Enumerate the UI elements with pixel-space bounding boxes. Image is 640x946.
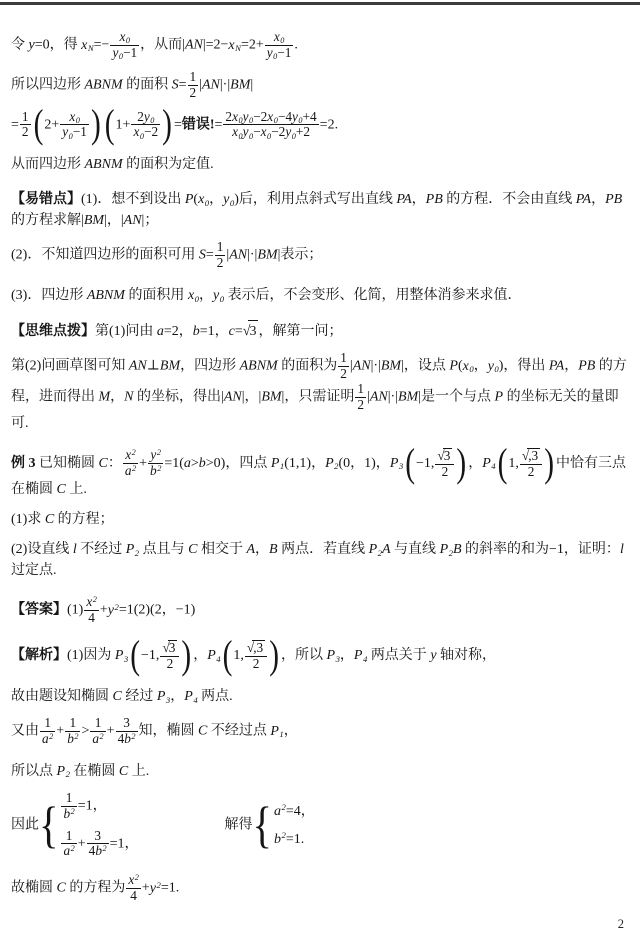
math-var: BM	[160, 359, 180, 374]
math-text: (1)	[67, 603, 83, 618]
math-text: =	[235, 324, 243, 339]
math-text: 2	[190, 85, 197, 100]
math-text: =	[174, 117, 182, 132]
superscript: 2	[100, 732, 104, 741]
math-var: P3	[115, 648, 128, 663]
superscript: 2	[282, 802, 286, 812]
math-var: P3	[157, 689, 170, 704]
math-text: 的面积为	[278, 359, 338, 374]
math-text: ，	[255, 542, 269, 557]
math-var: xN	[228, 38, 241, 53]
math-text: ，所以	[281, 648, 327, 663]
superscript: 2	[93, 595, 97, 604]
subscript: 0	[220, 294, 224, 304]
spacer	[139, 827, 225, 828]
math-text: 经过	[122, 689, 157, 704]
equation-system: {a2=4，b2=1.	[253, 801, 315, 850]
math-text: 的方程为	[66, 881, 126, 896]
math-text: (0，1)，	[338, 456, 389, 471]
math-var: y2	[108, 603, 119, 618]
math-text: −1,	[416, 456, 434, 471]
fraction: x0y0−1	[110, 30, 139, 61]
math-text: +4	[303, 109, 317, 124]
math-var: BM	[257, 248, 277, 263]
math-var: C	[45, 512, 54, 527]
top-rule	[0, 2, 640, 5]
math-text: (2)设直线	[11, 542, 73, 557]
math-text: =4，	[286, 804, 315, 819]
superscript: 2	[132, 464, 136, 473]
math-text: 第(1)问由	[95, 324, 157, 339]
math-text: 2	[22, 124, 29, 139]
math-text: (	[458, 359, 463, 374]
math-var: AN	[224, 390, 242, 405]
math-text: 2	[340, 366, 347, 381]
math-text: ，四边形	[180, 359, 240, 374]
fraction: 12	[215, 240, 226, 271]
math-text: 的面积为定值.	[123, 157, 214, 172]
subscript: 2	[378, 548, 382, 558]
math-var: y0	[223, 192, 234, 207]
math-var: x0	[198, 192, 209, 207]
denominator: 4b2	[87, 843, 109, 859]
fraction: 12	[188, 70, 199, 101]
math-var: x0	[133, 124, 144, 139]
math-var: PB	[426, 192, 443, 207]
math-var: x0	[232, 109, 243, 124]
subscript: 3	[399, 461, 403, 471]
math-text: =	[179, 77, 187, 92]
subscript: 2	[66, 769, 70, 779]
math-var: BM	[230, 77, 250, 92]
math-var: B	[453, 542, 462, 557]
math-var: BM	[381, 359, 401, 374]
denominator: 2	[188, 85, 199, 101]
math-var: a2	[125, 463, 136, 478]
math-text: 解得	[225, 817, 253, 832]
math-var: P4	[207, 648, 220, 663]
math-text: 不经过	[77, 542, 126, 557]
doc-line: (2)设直线 l 不经过 P2 点且与 C 相交于 A，B 两点．若直线 P2A…	[11, 539, 630, 581]
math-var: P3	[327, 648, 340, 663]
math-text: ，	[110, 390, 124, 405]
fraction: 2y0x0−2	[131, 110, 160, 141]
numerator: 1	[188, 70, 199, 85]
fraction: 34b2	[87, 829, 109, 860]
numerator: x0	[265, 30, 294, 45]
numerator: 1	[215, 240, 226, 255]
math-var: P1	[270, 724, 283, 739]
math-text: =1，	[110, 836, 139, 851]
superscript: 2	[71, 844, 75, 853]
denominator: a2	[90, 731, 105, 747]
subscript: 0	[119, 52, 123, 61]
math-var: x2	[128, 872, 139, 887]
system-row: 1a2+34b2=1，	[60, 829, 138, 860]
math-var: AN	[370, 390, 388, 405]
fraction: 12	[338, 351, 349, 382]
paren-content: 2+x0y0−1	[44, 110, 90, 141]
math-text: |·|	[220, 77, 230, 92]
math-text: ⊥	[147, 359, 160, 374]
math-text: (1)求	[11, 512, 45, 527]
math-var: a2	[63, 843, 74, 858]
math-text: =1，	[200, 324, 229, 339]
subscript: 4	[193, 695, 197, 705]
superscript: 2	[131, 732, 135, 741]
fraction: x2a2	[123, 448, 138, 479]
fraction: x24	[84, 595, 99, 626]
math-var: S	[199, 248, 206, 263]
superscript: 2	[157, 880, 161, 890]
math-text: 1	[95, 715, 102, 730]
radical: √3	[243, 320, 259, 342]
math-var: P3	[390, 456, 403, 471]
math-var: x2	[125, 447, 136, 462]
math-text: 过定点.	[11, 563, 57, 578]
subscript: 3	[166, 695, 170, 705]
superscript: 2	[74, 732, 78, 741]
math-text: =1(2)(2，−1)	[119, 603, 195, 618]
numerator: 1	[355, 382, 366, 397]
math-text: (2)．不知道四边形的面积可用	[11, 248, 199, 263]
math-text: −4	[278, 109, 292, 124]
math-var: BM	[398, 390, 418, 405]
doc-line: 【答案】(1)x24+y2=1(2)(2，−1)	[11, 595, 630, 626]
math-text: 从而四边形	[11, 157, 85, 172]
math-text: 的坐标，得出|	[134, 390, 224, 405]
math-var: y0	[243, 124, 254, 139]
math-var: y0	[285, 124, 296, 139]
page-content: 令 y=0，得 xN=−x0y0−1，从而|AN|=2−xN=2+x0y0−1.…	[0, 30, 640, 904]
fraction: 1a2	[40, 716, 55, 747]
math-text: ，从而|	[140, 38, 185, 53]
fraction: √32	[160, 640, 179, 672]
math-text: 的面积	[123, 77, 172, 92]
math-var: b	[193, 324, 200, 339]
numerator: 3	[116, 716, 138, 731]
doc-line: 【易错点】(1)．想不到设出 P(x0，y0)后，利用点斜式写出直线 PA，PB…	[11, 189, 630, 231]
bold-text: 例 3	[11, 456, 39, 471]
math-var: a2	[42, 731, 53, 746]
subscript: 0	[69, 132, 73, 141]
math-text: 4	[88, 610, 95, 625]
numerator: 1	[65, 716, 80, 731]
subscript: 0	[274, 116, 278, 125]
math-var: C	[113, 689, 122, 704]
math-text: 2+	[44, 117, 59, 132]
math-var: x0	[463, 359, 474, 374]
math-text: 表示后，不会变形、化简，用整体消参来求值．	[224, 288, 522, 303]
subscript: 2	[449, 548, 453, 558]
numerator: 1	[61, 791, 76, 806]
math-text: ，	[199, 288, 213, 303]
fraction: 2x0y0−2x0−4y0+4x0y0−x0−2y0+2	[223, 110, 318, 141]
denominator: 4	[126, 888, 141, 904]
math-text: =0，得	[35, 38, 81, 53]
fraction: 1b2	[61, 791, 76, 822]
system-rows: 1b2=1，1a2+34b2=1，	[60, 791, 138, 860]
system-rows: a2=4，b2=1.	[274, 801, 315, 850]
math-text: ，	[170, 689, 184, 704]
math-text: |=2−	[203, 38, 229, 53]
math-text: 2	[137, 109, 144, 124]
math-var: P4	[482, 456, 495, 471]
math-text: ，	[209, 192, 223, 207]
denominator: a2	[123, 463, 138, 479]
math-var: N	[124, 390, 133, 405]
math-text: 1	[190, 69, 197, 84]
math-text: 两点．若直线	[278, 542, 369, 557]
paren-group: (−1,√32)	[404, 448, 467, 480]
math-var: y0	[112, 45, 123, 60]
numerator: √3	[435, 448, 454, 464]
subscript: 0	[230, 198, 234, 208]
denominator: 2	[338, 366, 349, 382]
bold-text: 错误!	[182, 117, 215, 132]
fraction: √32	[435, 448, 454, 480]
math-var: y0	[144, 109, 155, 124]
paren-content: −1,√32	[141, 640, 180, 672]
math-text: )，得出	[499, 359, 549, 374]
subscript: 4	[491, 461, 495, 471]
doc-line: 所以四边形 ABNM 的面积 S=12|AN|·|BM|	[11, 70, 630, 101]
denominator: 4b2	[116, 731, 138, 747]
math-text: |是一个与点	[418, 390, 494, 405]
math-var: AN	[229, 248, 247, 263]
subscript: 0	[280, 36, 284, 45]
math-text: (3)．四边形	[11, 288, 87, 303]
math-text: 因此	[11, 817, 39, 832]
superscript: 2	[132, 448, 136, 457]
superscript: 2	[157, 464, 161, 473]
fraction: 12	[355, 382, 366, 413]
math-text: =1.	[161, 881, 179, 896]
math-text: =−	[94, 38, 110, 53]
math-var: x2	[86, 594, 97, 609]
math-text: =1，	[78, 798, 107, 813]
numerator: x0	[110, 30, 139, 45]
math-text: (1,1)，	[284, 456, 325, 471]
fraction: 1a2	[90, 716, 105, 747]
bold-text: 【答案】	[11, 603, 67, 618]
paren-content: 1+2y0x0−2	[116, 110, 162, 141]
equation-system: {1b2=1，1a2+34b2=1，	[39, 791, 139, 860]
denominator: 2	[245, 656, 267, 672]
math-var: b2	[274, 832, 286, 847]
math-var: C	[198, 724, 207, 739]
math-text: 令	[11, 38, 29, 53]
math-var: S	[172, 77, 179, 92]
denominator: b2	[148, 463, 163, 479]
math-text: −2	[271, 124, 285, 139]
math-var: a	[184, 456, 191, 471]
paren-group: (1,√,32)	[222, 640, 280, 672]
math-var: P4	[184, 689, 197, 704]
math-var: AN	[185, 38, 203, 53]
doc-line: (1)求 C 的方程；	[11, 509, 630, 530]
numerator: √,3	[245, 640, 267, 656]
subscript: 0	[267, 132, 271, 141]
math-var: PB	[578, 359, 595, 374]
math-text: 轴对称，	[437, 648, 497, 663]
math-text: 所以点	[11, 764, 57, 779]
math-var: x0	[274, 29, 285, 44]
fraction: 1a2	[61, 829, 76, 860]
math-var: x0	[69, 109, 80, 124]
math-var: B	[269, 542, 278, 557]
math-text: 1	[70, 715, 77, 730]
math-var: x0	[188, 288, 199, 303]
math-text: 2	[217, 255, 224, 270]
math-text: −2	[253, 109, 267, 124]
system-row: a2=4，	[274, 801, 315, 822]
subscript: 0	[150, 116, 154, 125]
math-text: 上.	[128, 764, 149, 779]
numerator: 1	[61, 829, 76, 844]
math-var: y0	[267, 45, 278, 60]
subscript: 0	[292, 132, 296, 141]
math-text: −1	[277, 45, 291, 60]
math-text: ，	[564, 359, 578, 374]
math-var: b2	[150, 463, 161, 478]
math-text: 4	[130, 888, 137, 903]
numerator: x2	[123, 448, 138, 463]
math-text: 故椭圆	[11, 881, 57, 896]
math-var: PB	[605, 192, 622, 207]
math-text: =	[206, 248, 214, 263]
subscript: 0	[205, 198, 209, 208]
subscript: 0	[298, 116, 302, 125]
denominator: 4	[84, 610, 99, 626]
math-text: =	[215, 117, 223, 132]
math-var: P	[495, 390, 504, 405]
subscript: 0	[249, 132, 253, 141]
doc-line: =12(2+x0y0−1)(1+2y0x0−2)=错误!=2x0y0−2x0−4…	[11, 110, 630, 141]
math-text: 已知椭圆	[39, 456, 99, 471]
math-var: AN	[129, 359, 147, 374]
superscript: 2	[282, 830, 286, 840]
math-text: 2	[357, 397, 364, 412]
paren-content: −1,√32	[416, 448, 455, 480]
math-var: b2	[95, 843, 106, 858]
superscript: 2	[114, 602, 118, 612]
math-text: =	[11, 117, 19, 132]
math-text: 的方程；	[54, 512, 114, 527]
math-var: x0	[261, 124, 272, 139]
math-text: |，设点	[401, 359, 449, 374]
math-var: AN	[353, 359, 371, 374]
math-text: 1,	[508, 456, 519, 471]
subscript: 1	[279, 729, 283, 739]
math-var: P	[449, 359, 458, 374]
math-var: a2	[274, 804, 286, 819]
denominator: x0y0−x0−2y0+2	[223, 124, 318, 140]
radical-sign-icon: √	[522, 449, 529, 464]
doc-line: 故由题设知椭圆 C 经过 P3，P4 两点.	[11, 686, 630, 707]
math-var: A	[382, 542, 391, 557]
math-text: +	[139, 456, 147, 471]
doc-line: 【思维点拨】第(1)问由 a=2，b=1，c=√3，解第一问；	[11, 320, 630, 342]
math-var: PA	[576, 192, 591, 207]
math-text: (1)．想不到设出	[81, 192, 185, 207]
math-text: >	[81, 724, 89, 739]
math-text: −2	[144, 124, 158, 139]
math-var: y0	[292, 109, 303, 124]
math-text: 1	[217, 239, 224, 254]
math-text: 1	[357, 381, 364, 396]
math-text: 上.	[66, 482, 87, 497]
paren-content: 1,√,32	[233, 640, 268, 672]
subscript: 1	[280, 461, 284, 471]
numerator: 1	[90, 716, 105, 731]
math-var: ABNM	[85, 77, 123, 92]
page-number: 2	[618, 917, 624, 932]
doc-line: 例 3 已知椭圆 C：x2a2+y2b2=1(a>b>0)，四点 P1(1,1)…	[11, 448, 630, 501]
numerator: √3	[160, 640, 179, 656]
math-text: 所以四边形	[11, 77, 85, 92]
math-text: 1,	[233, 648, 244, 663]
math-var: y2	[150, 881, 161, 896]
denominator: 2	[160, 656, 179, 672]
numerator: 3	[87, 829, 109, 844]
math-var: PA	[549, 359, 564, 374]
math-text: |；	[142, 213, 159, 228]
math-text: 1	[340, 350, 347, 365]
math-text: ：	[108, 456, 122, 471]
doc-line: 故椭圆 C 的方程为x24+y2=1.	[11, 873, 630, 904]
math-var: xN	[81, 38, 94, 53]
system-row: b2=1.	[274, 829, 315, 850]
doc-line: 第(2)问画草图可知 AN⊥BM，四边形 ABNM 的面积为12|AN|·|BM…	[11, 351, 630, 434]
math-text: 两点.	[198, 689, 233, 704]
subscript: 2	[135, 548, 139, 558]
math-text: ，	[468, 456, 482, 471]
superscript: 2	[49, 732, 53, 741]
math-text: ，解第一问；	[258, 324, 342, 339]
math-text: 3	[94, 828, 101, 843]
math-text: |，只需证明	[282, 390, 355, 405]
fraction: 34b2	[116, 716, 138, 747]
subscript: 0	[140, 132, 144, 141]
denominator: a2	[61, 843, 76, 859]
radical-sign-icon: √	[247, 641, 254, 656]
math-text: −1	[123, 45, 137, 60]
math-var: a2	[92, 731, 103, 746]
math-text: =2.	[320, 117, 338, 132]
math-text: =1.	[286, 832, 304, 847]
math-text: 两点关于	[367, 648, 430, 663]
math-text: ，	[591, 192, 605, 207]
system-row: 1b2=1，	[60, 791, 138, 822]
math-text: 1	[44, 715, 51, 730]
math-var: P4	[354, 648, 367, 663]
subscript: 3	[124, 654, 128, 664]
math-text: ，	[193, 648, 207, 663]
math-var: y0	[488, 359, 499, 374]
paren-content: 1,√,32	[508, 448, 543, 480]
radical: √3	[162, 640, 177, 656]
radical: √,3	[522, 448, 540, 464]
math-text: 不经过点	[207, 724, 270, 739]
math-text: |·|	[371, 359, 381, 374]
bold-text: 【解析】	[11, 648, 67, 663]
fraction: √,32	[520, 448, 542, 480]
subscript: 0	[238, 116, 242, 125]
numerator: 1	[338, 351, 349, 366]
math-var: a	[157, 324, 164, 339]
subscript: 0	[76, 116, 80, 125]
